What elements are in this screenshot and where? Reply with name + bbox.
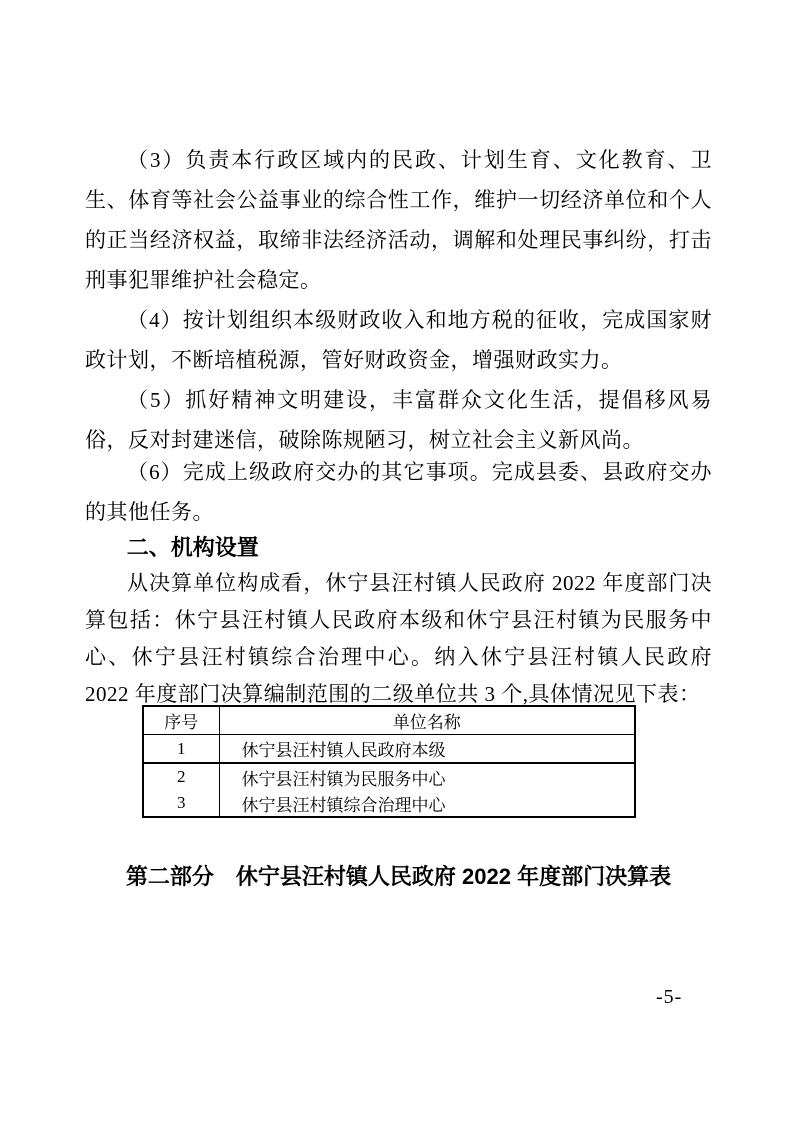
paragraph-duty-5: （5）抓好精神文明建设，丰富群众文化生活，提倡移风易俗，反对封建迷信，破除陈规陋… (85, 380, 712, 460)
paragraph-duty-3: （3）负责本行政区域内的民政、计划生育、文化教育、卫生、体育等社会公益事业的综合… (85, 140, 712, 300)
row-index: 1 (143, 735, 219, 764)
paragraph-duty-6: （6）完成上级政府交办的其它事项。完成县委、县政府交办的其他任务。 (85, 452, 712, 532)
table-row: 1 休宁县汪村镇人民政府本级 (143, 735, 635, 764)
row-index: 2 (143, 763, 219, 790)
unit-name: 休宁县汪村镇人民政府本级 (219, 735, 635, 764)
table-row: 2 休宁县汪村镇为民服务中心 (143, 763, 635, 790)
table-row: 3 休宁县汪村镇综合治理中心 (143, 790, 635, 817)
row-index: 3 (143, 790, 219, 817)
document-page: （3）负责本行政区域内的民政、计划生育、文化教育、卫生、体育等社会公益事业的综合… (0, 0, 793, 1122)
part-two-heading: 第二部分 休宁县汪村镇人民政府 2022 年度部门决算表 (85, 862, 712, 892)
paragraph-organization-overview: 从决算单位构成看，休宁县汪村镇人民政府 2022 年度部门决算包括：休宁县汪村镇… (85, 565, 712, 713)
section-heading-organization: 二、机构设置 (85, 528, 712, 568)
unit-list-table: 序号 单位名称 1 休宁县汪村镇人民政府本级 2 休宁县汪村镇为民服务中心 3 … (142, 705, 636, 818)
unit-name: 休宁县汪村镇为民服务中心 (219, 763, 635, 790)
page-number: -5- (656, 986, 682, 1009)
unit-name: 休宁县汪村镇综合治理中心 (219, 790, 635, 817)
paragraph-duty-4: （4）按计划组织本级财政收入和地方税的征收，完成国家财政计划，不断培植税源，管好… (85, 300, 712, 380)
